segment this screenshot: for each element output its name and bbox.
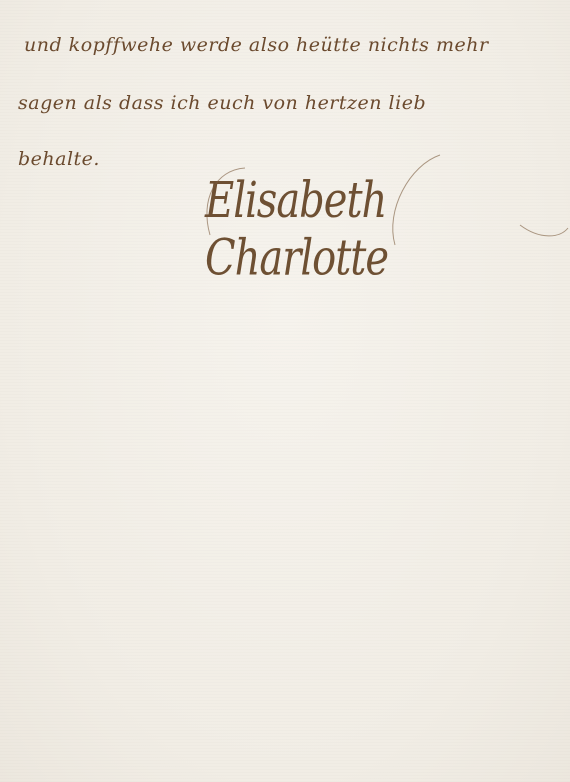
letter-line-3: behalte.	[18, 148, 100, 170]
letter-line-1: und kopffwehe werde also heütte nichts m…	[24, 34, 489, 56]
letter-page: und kopffwehe werde also heütte nichts m…	[0, 0, 570, 782]
signature-flourish-icon	[0, 0, 570, 782]
letter-line-2: sagen als dass ich euch von hertzen lieb	[18, 92, 426, 114]
signature: Elisabeth Charlotte	[205, 172, 570, 287]
